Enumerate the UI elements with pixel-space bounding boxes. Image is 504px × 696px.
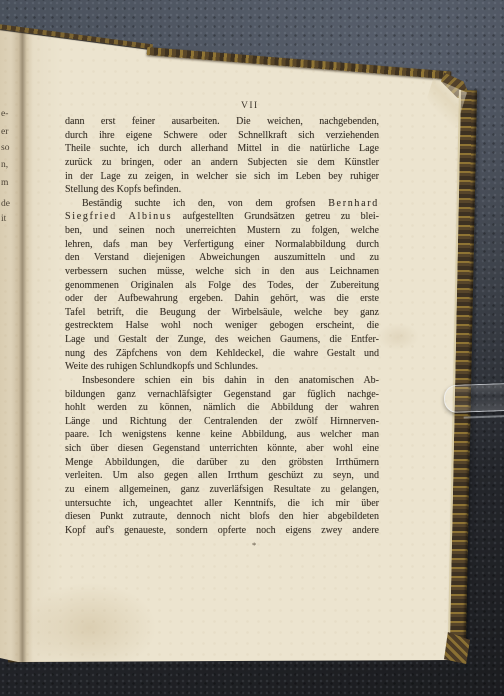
text-line: zurück zu bringen, oder an andern Subjec… <box>65 156 379 170</box>
text-segment: zurück zu bringen, oder an andern Subjec… <box>65 157 379 168</box>
text-line: genommenen Originalen als Folge des Tode… <box>65 279 379 293</box>
text-segment: Lage und Gestalt der Zunge, des weichen … <box>65 334 379 345</box>
signature-mark: * <box>252 540 256 550</box>
text-fragment: de <box>1 199 10 209</box>
text-segment: nung des Zäpfchens von dem Kehldeckel, d… <box>65 348 379 359</box>
text-line: Länge und Richtung der Centralenden der … <box>65 415 379 429</box>
text-segment: lehren, dafs man bey Verfertigung einer … <box>65 239 379 250</box>
text-segment: diesen Punkt zutraute, dennoch nicht blo… <box>65 511 379 522</box>
text-line: verleiten. Um also gegen allen Irrthum g… <box>65 469 379 483</box>
text-line: in der Lage zu zeigen, in welcher sie si… <box>65 170 379 184</box>
text-segment: dann erst feiner ausarbeiten. Die weiche… <box>65 116 379 127</box>
facing-page-text-fragments: e-erson,mdeit <box>0 0 16 696</box>
text-line: gestrecktem Halse wohl noch weniger gebo… <box>65 319 379 333</box>
text-fragment: er <box>1 127 8 137</box>
page-number: VII <box>241 101 259 111</box>
text-line: untersuchte ich, ungeachtet aller Kenntn… <box>65 497 379 511</box>
spaced-name-segment: Siegfried Albinus <box>65 211 172 222</box>
text-line: Kopf auf's genaueste, sondern opferte no… <box>65 524 379 538</box>
text-line: bildungen ganz vernachläfsigter Gegensta… <box>65 388 379 402</box>
text-fragment: so <box>1 143 9 153</box>
text-fragment: m <box>1 178 8 188</box>
text-line: zu einem allgemeinen, ganz zuverläfsigen… <box>65 483 379 497</box>
text-line: lehren, dafs man bey Verfertigung einer … <box>65 238 379 252</box>
text-line: oder der Aufbewahrung ergeben. Dahin geh… <box>65 292 379 306</box>
page-text-block: dann erst feiner ausarbeiten. Die weiche… <box>65 115 379 537</box>
text-line: paare. Ich wenigstens kenne keine Abbild… <box>65 428 379 442</box>
text-line: dann erst feiner ausarbeiten. Die weiche… <box>65 115 379 129</box>
text-line: diesen Punkt zutraute, dennoch nicht blo… <box>65 510 379 524</box>
text-segment: genommenen Originalen als Folge des Tode… <box>65 280 379 291</box>
text-segment: sich über diesen Gegenstand unterrichten… <box>65 443 379 454</box>
text-segment: Kopf auf's genaueste, sondern opferte no… <box>65 525 379 536</box>
text-line: Lage und Gestalt der Zunge, des weichen … <box>65 333 379 347</box>
text-line: verbessern suchen müsse, welche sich in … <box>65 265 379 279</box>
text-line: Theile suchte, ich durch allerhand Mitte… <box>65 142 379 156</box>
text-segment: gestrecktem Halse wohl noch weniger gebo… <box>65 320 379 331</box>
text-line: Tafel betrift, die Beugung der Wirbelsäu… <box>65 306 379 320</box>
text-segment: verleiten. Um also gegen allen Irrthum g… <box>65 470 379 481</box>
text-fragment: it <box>1 214 6 224</box>
text-segment: paare. Ich wenigstens kenne keine Abbild… <box>65 429 379 440</box>
text-line: Stellung des Kopfs befinden. <box>65 183 379 197</box>
text-segment: den Verstand diejenigen Abweichungen aus… <box>65 252 379 263</box>
text-segment: oder der Aufbewahrung ergeben. Dahin geh… <box>65 293 379 304</box>
text-segment: Länge und Richtung der Centralenden der … <box>65 416 379 427</box>
text-line: sich über diesen Gegenstand unterrichten… <box>65 442 379 456</box>
text-segment: durch ihre eigene Schwere oder Schnellkr… <box>65 130 379 141</box>
text-segment: aufgestellten Grundsätzen getreu zu blei… <box>172 211 379 222</box>
spaced-name-segment: Bernhard <box>328 198 379 209</box>
text-segment: Insbesondere schien ein bis dahin in den… <box>82 375 379 386</box>
text-segment: Weite des ruhigen Schlundkopfs und Schlu… <box>65 361 258 372</box>
text-line: Weite des ruhigen Schlundkopfs und Schlu… <box>65 360 379 374</box>
text-segment: Beständig suchte ich den, von dem grofse… <box>82 198 328 209</box>
text-line: ben, und seinen noch unerreichten Muster… <box>65 224 379 238</box>
text-segment: Stellung des Kopfs befinden. <box>65 184 181 195</box>
text-line: durch ihre eigene Schwere oder Schnellkr… <box>65 129 379 143</box>
text-fragment: n, <box>1 160 8 170</box>
text-segment: in der Lage zu zeigen, in welcher sie si… <box>65 171 379 182</box>
text-line: den Verstand diejenigen Abweichungen aus… <box>65 251 379 265</box>
text-segment: Tafel betrift, die Beugung der Wirbelsäu… <box>65 307 379 318</box>
text-line: Menge Abbildungen, die darüber zu den gr… <box>65 456 379 470</box>
text-segment: Menge Abbildungen, die darüber zu den gr… <box>65 457 379 468</box>
text-segment: Theile suchte, ich durch allerhand Mitte… <box>65 143 379 154</box>
text-line: Insbesondere schien ein bis dahin in den… <box>65 374 379 388</box>
text-segment: ben, und seinen noch unerreichten Muster… <box>65 225 379 236</box>
text-line: hohlt werden zu können, nämlich die Abbi… <box>65 401 379 415</box>
text-segment: bildungen ganz vernachläfsigter Gegensta… <box>65 389 379 400</box>
text-line: Siegfried Albinus aufgestellten Grundsät… <box>65 210 379 224</box>
text-segment: verbessern suchen müsse, welche sich in … <box>65 266 379 277</box>
page-holder-clip <box>444 383 504 413</box>
text-fragment: e- <box>1 109 8 119</box>
scanned-book-photo: e-erson,mdeit VII dann erst feiner ausar… <box>0 0 504 696</box>
text-segment: hohlt werden zu können, nämlich die Abbi… <box>65 402 379 413</box>
text-segment: zu einem allgemeinen, ganz zuverläfsigen… <box>65 484 379 495</box>
text-line: nung des Zäpfchens von dem Kehldeckel, d… <box>65 347 379 361</box>
text-segment: untersuchte ich, ungeachtet aller Kenntn… <box>65 498 379 509</box>
text-line: Beständig suchte ich den, von dem grofse… <box>65 197 379 211</box>
